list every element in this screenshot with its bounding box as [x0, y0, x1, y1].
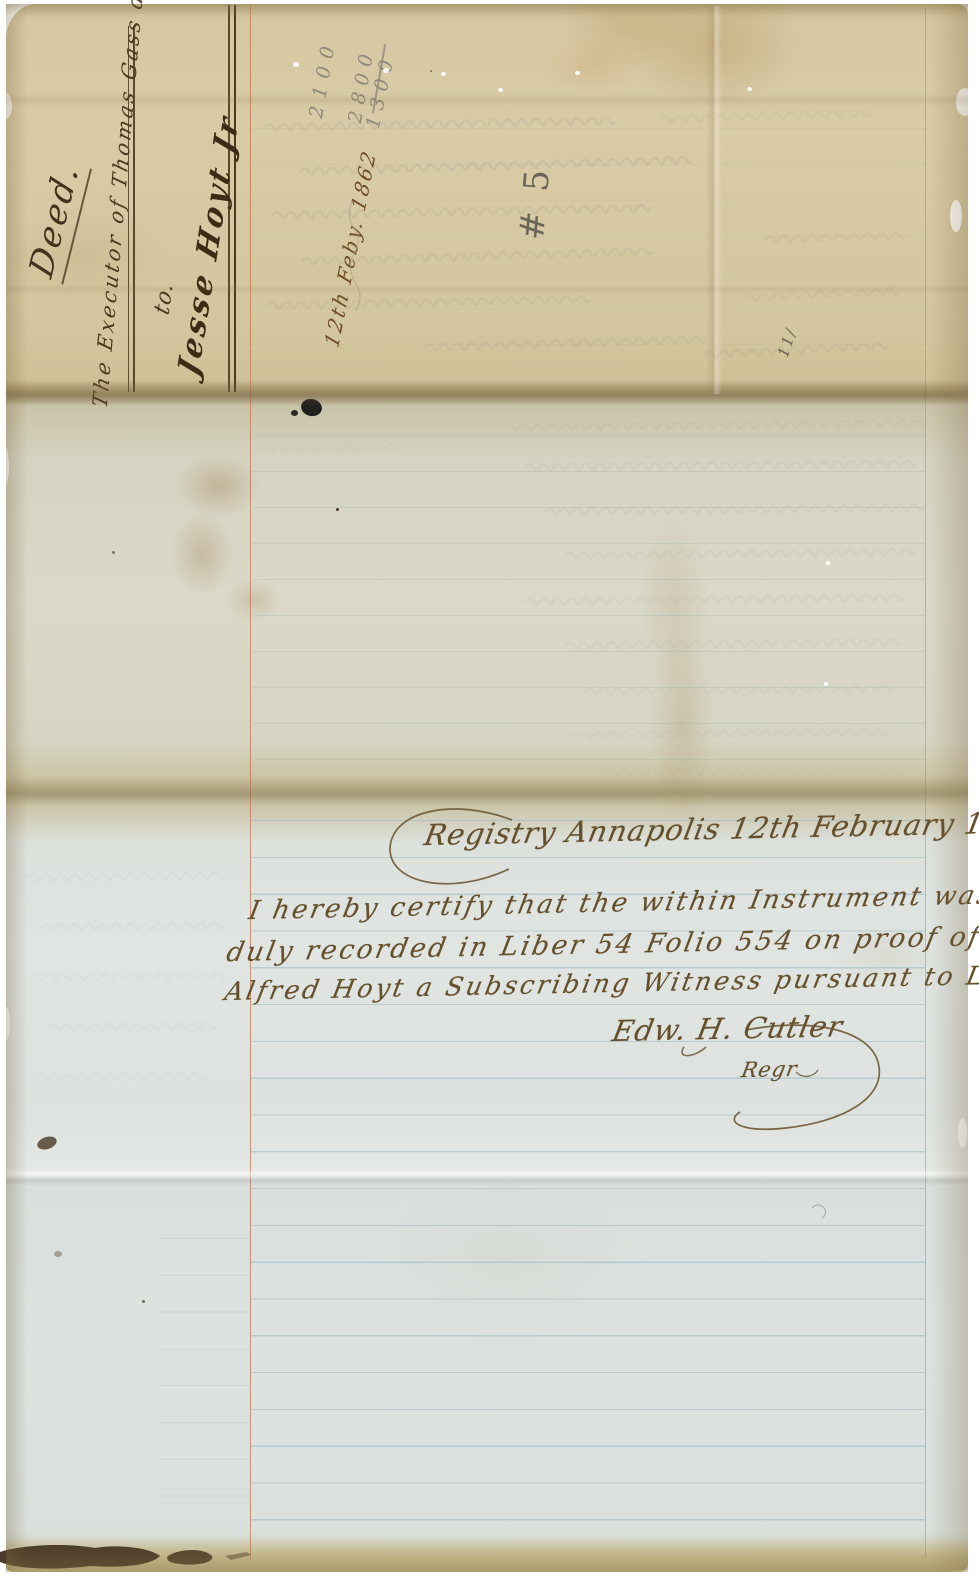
ink-speck — [142, 1300, 145, 1303]
ruled-lines-bottom-left-faint — [158, 1238, 251, 1528]
left-edge-shading — [6, 4, 28, 1570]
paper-hole — [826, 561, 830, 565]
case-number-label: #5 — [512, 148, 560, 241]
paper-hole — [824, 682, 828, 686]
ink-speck — [430, 70, 432, 72]
bottom-edge-shading — [6, 1538, 968, 1572]
fold-crease-middle — [6, 776, 968, 806]
paper-hole — [498, 88, 503, 92]
right-edge-shading — [930, 4, 968, 1570]
ink-dot — [291, 410, 298, 416]
ink-speck — [336, 508, 339, 511]
top-edge-shading — [6, 4, 968, 16]
fold-crease-lower — [6, 1168, 968, 1186]
fold-crease-upper — [6, 380, 968, 406]
fold-crease-faint — [6, 284, 968, 294]
ruled-lines-middle — [253, 435, 925, 791]
paper-hole — [383, 68, 389, 73]
document-scan: Deed. The Executor of Thomas Gass decd t… — [0, 0, 979, 1577]
vertical-crease — [706, 6, 722, 394]
fold-crease-faint — [6, 94, 968, 106]
ink-speck — [112, 551, 115, 554]
paper-hole — [293, 62, 299, 67]
ink-speck — [527, 941, 529, 943]
register-signature: Edw. H. Cutler — [609, 1009, 846, 1048]
register-title: Regr — [739, 1057, 799, 1082]
paper-hole — [575, 71, 580, 75]
paper-hole — [747, 87, 752, 91]
paper-hole — [441, 72, 446, 76]
